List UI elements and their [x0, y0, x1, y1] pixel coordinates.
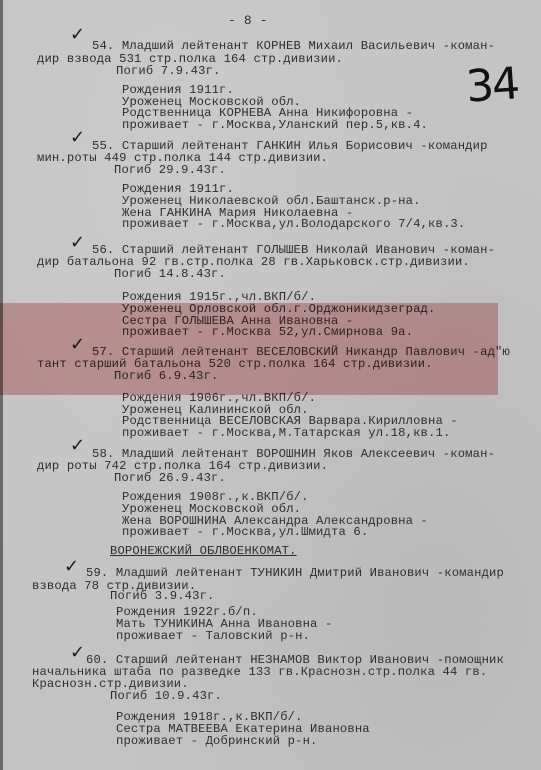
entry-address: проживает - г.Москва,ул.Шмидта 6.: [122, 526, 368, 538]
check-mark-icon: ✓: [70, 26, 85, 44]
entry-death-date: Погиб 10.9.43г.: [110, 690, 222, 702]
entry-death-date: Погиб 26.9.43г.: [114, 472, 226, 484]
section-heading: ВОРОНЕЖСКИЙ ОБЛВОЕНКОМАТ.: [110, 545, 297, 557]
entry-unit-line: дир батальона 92 гв.стр.полка 28 гв.Харь…: [37, 256, 470, 268]
check-mark-icon: ✓: [70, 644, 85, 662]
check-mark-icon: ✓: [70, 437, 85, 455]
entry-death-date: Погиб 3.9.43г.: [110, 590, 215, 602]
entry-address: проживает - Таловский р-н.: [116, 630, 310, 642]
entry-address: проживает - г.Москва,М.Татарская ул.18,к…: [122, 427, 450, 439]
check-mark-icon: ✓: [70, 129, 85, 147]
entry-death-date: Погиб 29.9.43г.: [114, 164, 226, 176]
check-mark-icon: ✓: [64, 558, 79, 576]
entry-address: проживает - Добринский р-н.: [116, 735, 318, 747]
entry-address: проживает - г.Москва,Уланский пер.5,кв.4…: [122, 119, 428, 131]
archive-document-page: - 8 - 34 ✓ 54. Младший лейтенант КОРНЕВ …: [0, 0, 541, 770]
entry-header-line: 54. Младший лейтенант КОРНЕВ Михаил Васи…: [92, 40, 495, 52]
handwritten-sheet-number: 34: [464, 58, 519, 113]
entry-death-date: Погиб 14.8.43г.: [114, 268, 226, 280]
entry-address: проживает - г.Москва,ул.Володарского 7/4…: [122, 218, 465, 230]
red-highlight-overlay: [0, 303, 498, 395]
entry-header-line: 59. Младший лейтенант ТУНИКИН Дмитрий Ив…: [86, 567, 504, 579]
check-mark-icon: ✓: [70, 234, 85, 252]
entry-death-date: Погиб 7.9.43г.: [116, 65, 221, 77]
page-number: - 8 -: [228, 15, 268, 27]
